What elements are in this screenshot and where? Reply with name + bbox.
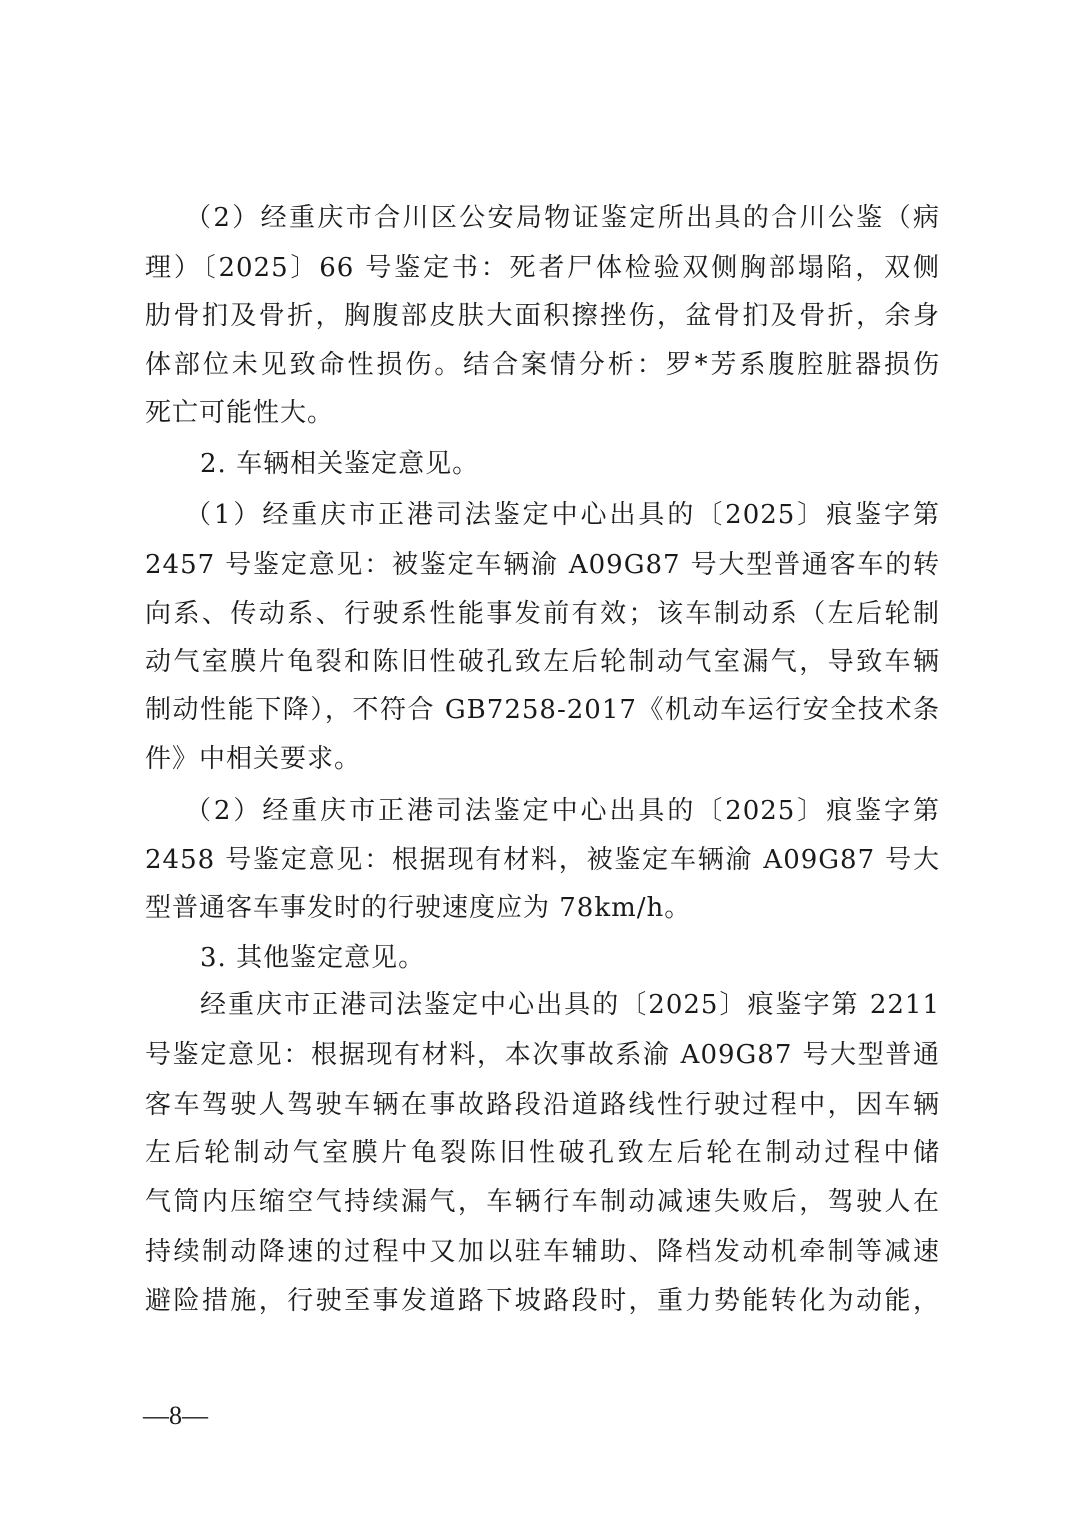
text-line: 2458 号鉴定意见：根据现有材料，被鉴定车辆渝 A09G87 号大	[145, 840, 940, 880]
document-page: （2）经重庆市合川区公安局物证鉴定所出具的合川公鉴（病 理）〔2025〕66 号…	[0, 0, 1074, 1520]
text-line: 理）〔2025〕66 号鉴定书：死者尸体检验双侧胸部塌陷，双侧	[145, 248, 940, 288]
text-line: 经重庆市正港司法鉴定中心出具的〔2025〕痕鉴字第 2211	[200, 985, 940, 1025]
text-line: 号鉴定意见：根据现有材料，本次事故系渝 A09G87 号大型普通	[145, 1035, 940, 1075]
section-heading: 2. 车辆相关鉴定意见。	[200, 444, 940, 484]
page-number: —8—	[143, 1398, 208, 1434]
text-line: 气筒内压缩空气持续漏气，车辆行车制动减速失败后，驾驶人在	[145, 1182, 940, 1222]
text-line: 件》中相关要求。	[145, 739, 940, 779]
text-line: （1）经重庆市正港司法鉴定中心出具的〔2025〕痕鉴字第	[185, 495, 940, 535]
text-line: 避险措施，行驶至事发道路下坡路段时，重力势能转化为动能，	[145, 1281, 940, 1321]
text-line: 左后轮制动气室膜片龟裂陈旧性破孔致左后轮在制动过程中储	[145, 1133, 940, 1173]
text-line: 型普通客车事发时的行驶速度应为 78km/h。	[145, 888, 940, 928]
text-line: 死亡可能性大。	[145, 393, 940, 433]
text-line: 2457 号鉴定意见：被鉴定车辆渝 A09G87 号大型普通客车的转	[145, 545, 940, 585]
text-line: 客车驾驶人驾驶车辆在事故路段沿道路线性行驶过程中，因车辆	[145, 1085, 940, 1125]
text-line: 持续制动降速的过程中又加以驻车辅助、降档发动机牵制等减速	[145, 1232, 940, 1272]
section-heading: 3. 其他鉴定意见。	[200, 938, 940, 978]
text-line: （2）经重庆市正港司法鉴定中心出具的〔2025〕痕鉴字第	[185, 791, 940, 831]
text-line: 向系、传动系、行驶系性能事发前有效；该车制动系（左后轮制	[145, 594, 940, 634]
text-line: 肋骨扪及骨折，胸腹部皮肤大面积擦挫伤，盆骨扪及骨折，余身	[145, 296, 940, 336]
text-line: 动气室膜片龟裂和陈旧性破孔致左后轮制动气室漏气，导致车辆	[145, 642, 940, 682]
text-line: 制动性能下降），不符合 GB7258-2017《机动车运行安全技术条	[145, 690, 940, 730]
text-line: 体部位未见致命性损伤。结合案情分析：罗*芳系腹腔脏器损伤	[145, 345, 940, 385]
text-line: （2）经重庆市合川区公安局物证鉴定所出具的合川公鉴（病	[185, 198, 940, 238]
